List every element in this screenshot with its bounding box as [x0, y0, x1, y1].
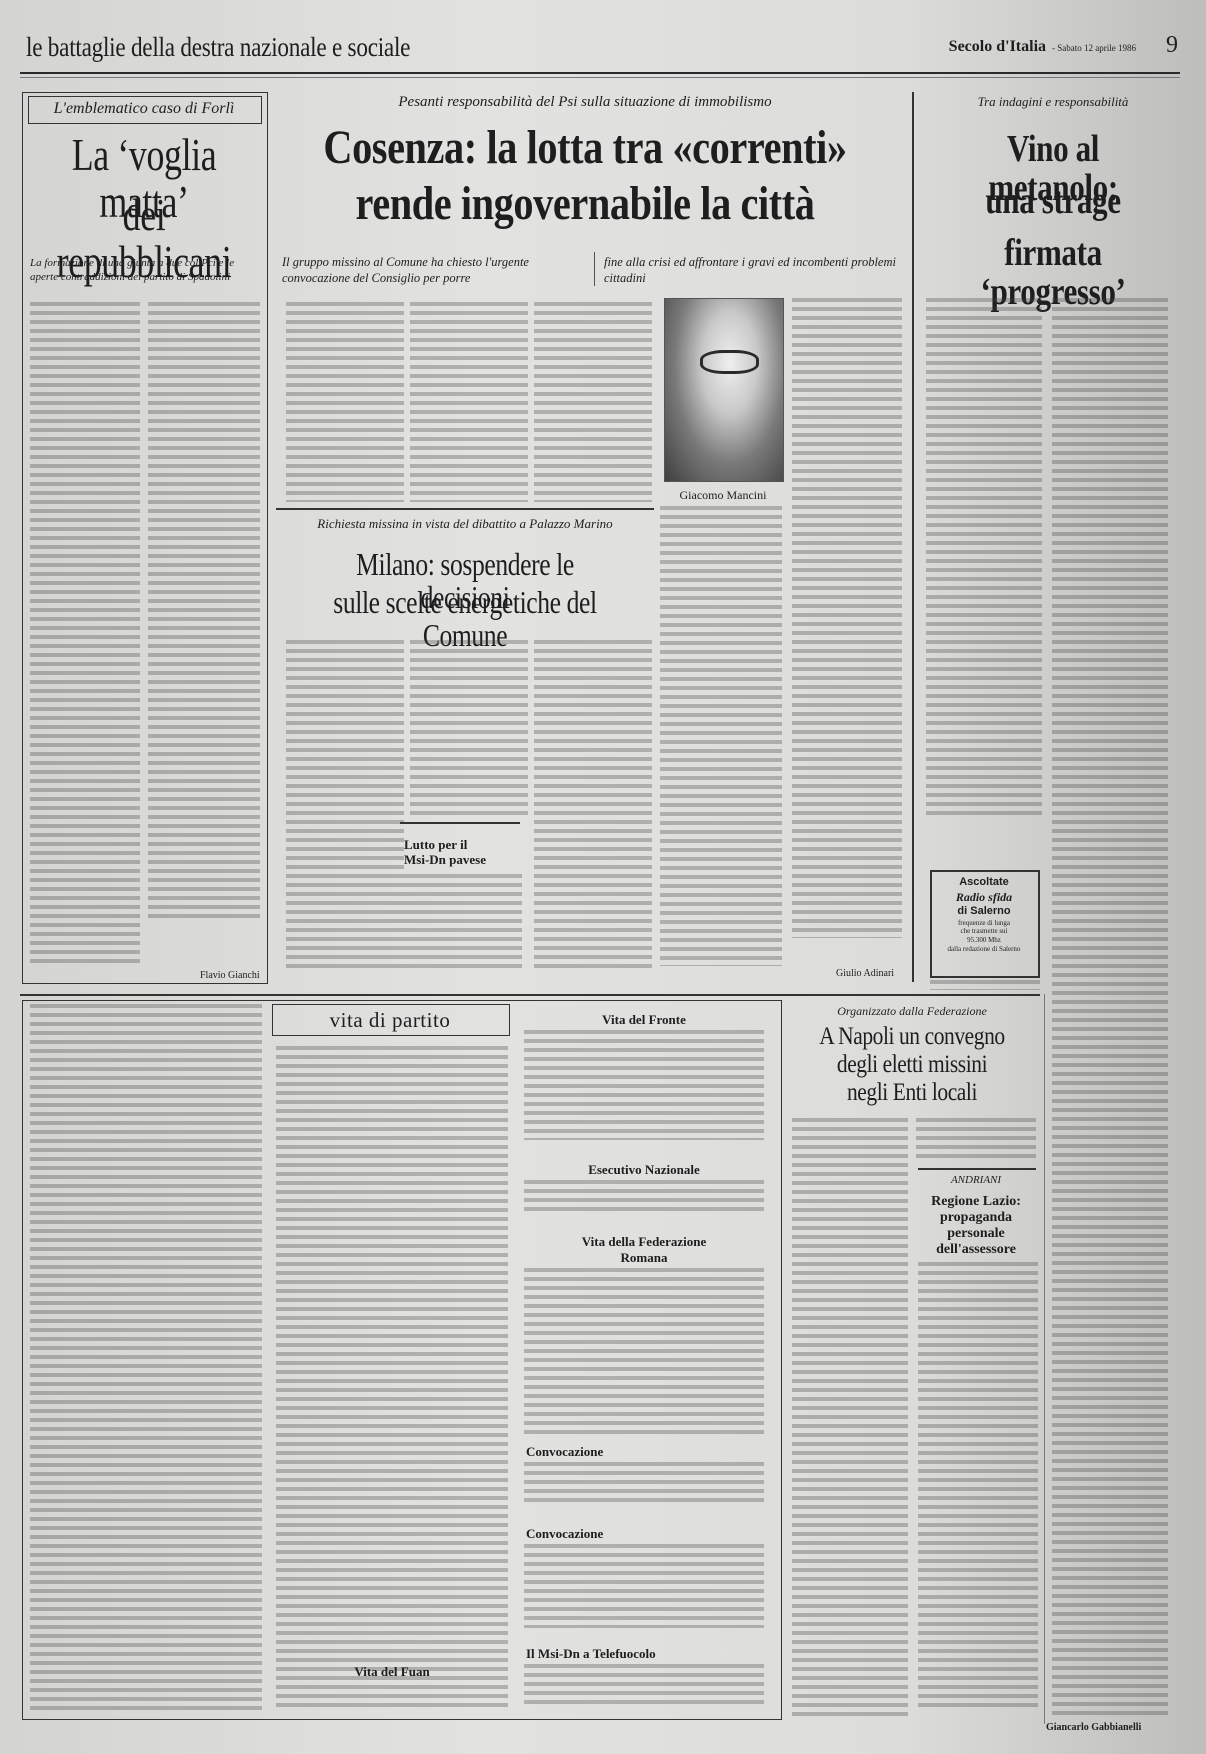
cosenza-column-5: [792, 298, 902, 938]
milano-column-1: [286, 640, 404, 970]
convocazione-1-text: [524, 1462, 764, 1502]
issue-date: - Sabato 12 aprile 1986: [1052, 43, 1136, 53]
radio-box-text: Ascoltate Radio sfida di Salerno frequen…: [930, 876, 1038, 954]
milano-column-3: [534, 640, 652, 970]
cosenza-headline-2: rende ingovernabile la città: [320, 180, 849, 229]
radio-line-6: 95.300 Mhz: [930, 936, 1038, 945]
cosenza-headline-1: Cosenza: la lotta tra «correnti»: [320, 124, 849, 173]
lazio-column: [918, 1262, 1038, 1712]
forli-signature: Flavio Gianchi: [200, 970, 260, 981]
vino-column-1-end: [930, 980, 1040, 990]
napoli-headline-3: negli Enti locali: [802, 1080, 1022, 1106]
masthead-rule: [20, 72, 1180, 74]
napoli-kicker: Organizzato dalla Federazione: [784, 1004, 1040, 1019]
lazio-headline-3: personale: [916, 1226, 1036, 1242]
lazio-headline-1: Regione Lazio:: [916, 1194, 1036, 1210]
lazio-headline-2: propaganda: [916, 1210, 1036, 1226]
mancini-photo: [664, 298, 784, 482]
lazio-headline-4: dell'assessore: [916, 1242, 1036, 1258]
napoli-headline-2: degli eletti missini: [802, 1052, 1022, 1078]
vita-del-fuan-title: Vita del Fuan: [276, 1664, 508, 1680]
napoli-column-1: [792, 1118, 908, 1718]
cosenza-subhead-right: fine alla crisi ed affrontare i gravi ed…: [604, 254, 900, 287]
federazione-title-2: Romana: [524, 1250, 764, 1266]
section-title: le battaglie della destra nazionale e so…: [26, 32, 410, 63]
masthead-rule-thin: [20, 77, 1180, 78]
convocazione-1-title: Convocazione: [526, 1444, 603, 1460]
vita-del-fronte-title: Vita del Fronte: [524, 1012, 764, 1028]
federazione-title-1: Vita della Federazione: [524, 1234, 764, 1250]
cosenza-signature: Giulio Adinari: [836, 968, 894, 979]
forli-column-1: [30, 302, 140, 967]
vita-middle-column: [276, 1046, 508, 1710]
lazio-byline: ANDRIANI: [916, 1174, 1036, 1186]
milano-column-2: [410, 640, 528, 815]
vino-kicker: Tra indagini e responsabilità: [918, 94, 1188, 110]
paper-name-text: Secolo d'Italia: [949, 38, 1046, 55]
vino-signature: Giancarlo Gabbianelli: [1046, 1722, 1141, 1733]
convocazione-2-title: Convocazione: [526, 1526, 603, 1542]
subhead-divider: [594, 252, 595, 286]
radio-line-1: Ascoltate: [930, 876, 1038, 890]
radio-line-7: dalla redazione di Salerno: [930, 945, 1038, 954]
vita-di-partito-title: vita di partito: [272, 1008, 508, 1033]
radio-line-5: che trasmette sui: [930, 927, 1038, 936]
esecutivo-title: Esecutivo Nazionale: [524, 1162, 764, 1178]
cosenza-column-2: [410, 302, 528, 502]
forli-subhead: La formazione di una giunta a due col Pc…: [30, 256, 260, 285]
federazione-text: [524, 1268, 764, 1436]
telefuocolo-title: Il Msi-Dn a Telefuocolo: [526, 1646, 656, 1662]
vita-del-fronte-text: [524, 1030, 764, 1140]
milano-top-rule: [276, 508, 654, 510]
cosenza-subhead-left: Il gruppo missino al Comune ha chiesto l…: [282, 254, 582, 287]
column-divider-lower: [1044, 994, 1045, 1724]
lutto-title-1: Lutto per il: [404, 838, 486, 853]
esecutivo-text: [524, 1180, 764, 1216]
lutto-rule: [400, 822, 520, 824]
radio-line-3: di Salerno: [930, 905, 1038, 919]
convocazione-2-text: [524, 1544, 764, 1628]
vita-left-column: [30, 1004, 262, 1710]
cosenza-column-3: [534, 302, 652, 502]
lutto-title-2: Msi-Dn pavese: [404, 853, 486, 868]
radio-line-4: frequenze di lunga: [930, 919, 1038, 928]
milano-kicker: Richiesta missina in vista del dibattito…: [276, 516, 654, 532]
forli-column-2: [148, 302, 260, 922]
lutto-text: [404, 874, 522, 970]
telefuocolo-text: [524, 1664, 764, 1704]
cosenza-kicker: Pesanti responsabilità del Psi sulla sit…: [270, 94, 900, 111]
napoli-headline-1: A Napoli un convegno: [802, 1024, 1022, 1050]
napoli-column-2: [916, 1118, 1036, 1162]
vino-headline-2: una strage: [942, 182, 1163, 221]
column-divider-right: [912, 92, 914, 982]
forli-kicker: L'emblematico caso di Forlì: [28, 100, 260, 118]
radio-line-2: Radio sfida: [930, 890, 1038, 905]
vino-column-2: [1052, 298, 1168, 1718]
lazio-headline: Regione Lazio: propaganda personale dell…: [916, 1194, 1036, 1258]
napoli-top-rule: [784, 994, 1040, 996]
photo-caption: Giacomo Mancini: [664, 488, 782, 503]
cosenza-column-1: [286, 302, 404, 502]
newspaper-page: le battaglie della destra nazionale e so…: [0, 0, 1206, 1754]
lazio-top-rule: [918, 1168, 1036, 1170]
vino-column-1: [926, 298, 1042, 818]
cosenza-column-4: [660, 506, 782, 966]
paper-name: Secolo d'Italia- Sabato 12 aprile 1986: [949, 38, 1136, 56]
page-number: 9: [1166, 32, 1178, 59]
lutto-title: Lutto per il Msi-Dn pavese: [404, 838, 486, 868]
